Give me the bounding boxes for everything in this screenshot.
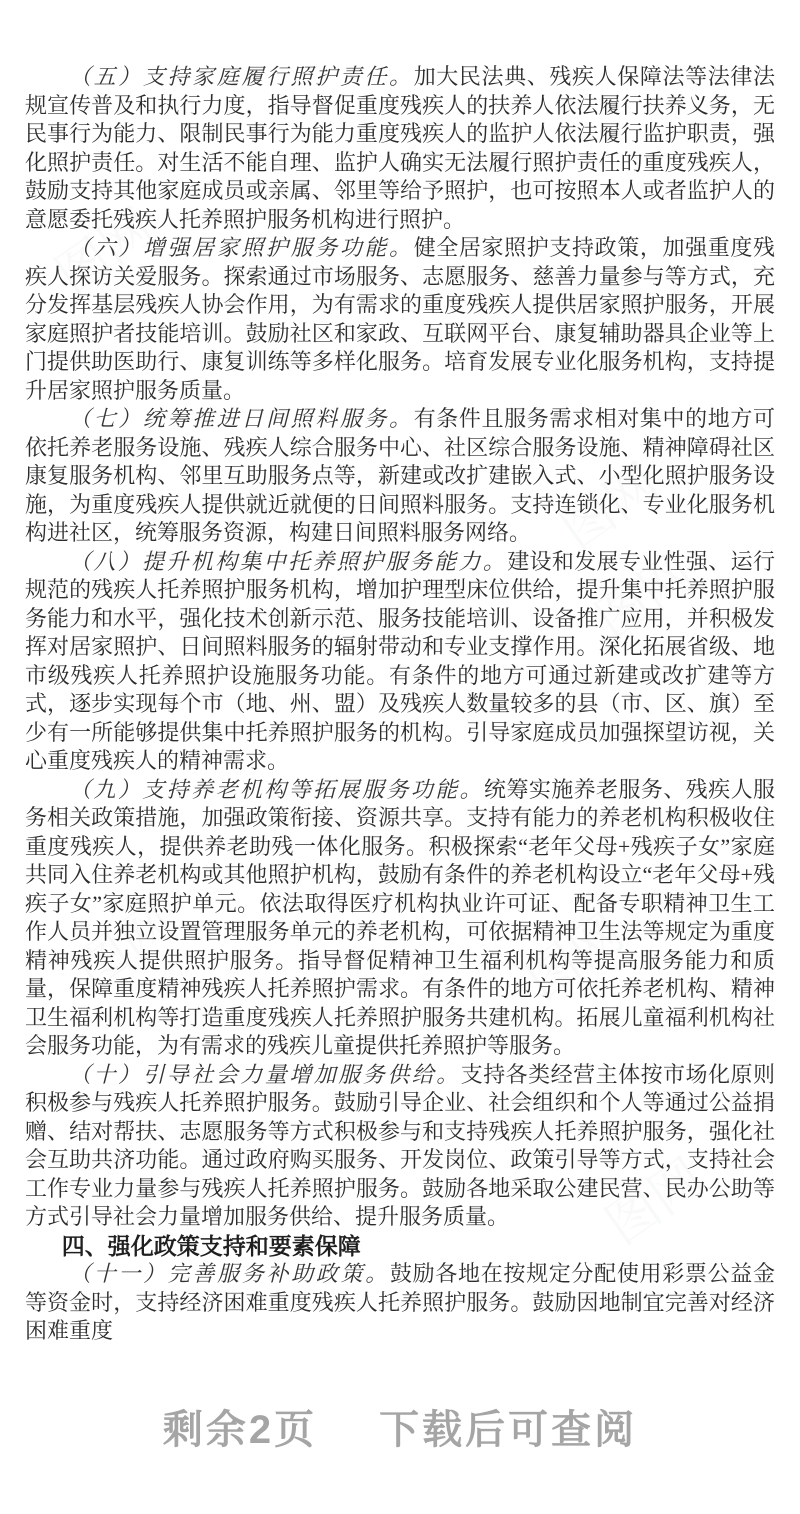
section-heading: 四、强化政策支持和要素保障	[25, 1232, 775, 1261]
pages-remaining-label: 剩余2页	[163, 1408, 317, 1452]
paragraph-7-lead: （七）统筹推进日间照料服务。	[69, 406, 414, 431]
paragraph-9: （九）支持养老机构等拓展服务功能。统筹实施养老服务、残疾人服务相关政策措施，加强…	[25, 776, 775, 1061]
paragraph-9-lead: （九）支持养老机构等拓展服务功能。	[69, 777, 484, 802]
paragraph-7: （七）统筹推进日间照料服务。有条件且服务需求相对集中的地方可依托养老服务设施、残…	[25, 405, 775, 548]
paragraph-8: （八）提升机构集中托养照护服务能力。建设和发展专业性强、运行规范的残疾人托养照护…	[25, 548, 775, 776]
paragraph-11-lead: （十一）完善服务补助政策。	[69, 1261, 390, 1286]
paragraph-8-text: 建设和发展专业性强、运行规范的残疾人托养照护服务机构，增加护理型床位供给，提升集…	[25, 549, 775, 774]
paragraph-6: （六）增强居家照护服务功能。健全居家照护支持政策，加强重度残疾人探访关爱服务。探…	[25, 234, 775, 405]
download-hint-label: 下载后可查阅	[379, 1408, 637, 1452]
paragraph-11: （十一）完善服务补助政策。鼓励各地在按规定分配使用彩票公益金等资金时，支持经济困…	[25, 1260, 775, 1346]
document-body: （五）支持家庭履行照护责任。加大民法典、残疾人保障法等法律法规宣传普及和执行力度…	[25, 63, 775, 1346]
paragraph-9-text: 统筹实施养老服务、残疾人服务相关政策措施，加强政策衔接、资源共享。支持有能力的养…	[25, 777, 775, 1059]
paragraph-10: （十）引导社会力量增加服务供给。支持各类经营主体按市场化原则积极参与残疾人托养照…	[25, 1061, 775, 1232]
paragraph-5: （五）支持家庭履行照护责任。加大民法典、残疾人保障法等法律法规宣传普及和执行力度…	[25, 63, 775, 234]
paragraph-10-lead: （十）引导社会力量增加服务供给。	[69, 1062, 461, 1087]
document-page: 图网 图网 图网 图网 图网 图网 （五）支持家庭履行照护责任。加大民法典、残疾…	[0, 0, 800, 1514]
paragraph-5-text: 加大民法典、残疾人保障法等法律法规宣传普及和执行力度，指导督促重度残疾人的扶养人…	[25, 64, 775, 232]
paragraph-5-lead: （五）支持家庭履行照护责任。	[69, 64, 414, 89]
paragraph-6-text: 健全居家照护支持政策，加强重度残疾人探访关爱服务。探索通过市场服务、志愿服务、慈…	[25, 235, 775, 403]
paragraph-6-lead: （六）增强居家照护服务功能。	[69, 235, 414, 260]
download-banner: 剩余2页下载后可查阅	[0, 1402, 800, 1458]
paragraph-8-lead: （八）提升机构集中托养照护服务能力。	[69, 549, 507, 574]
